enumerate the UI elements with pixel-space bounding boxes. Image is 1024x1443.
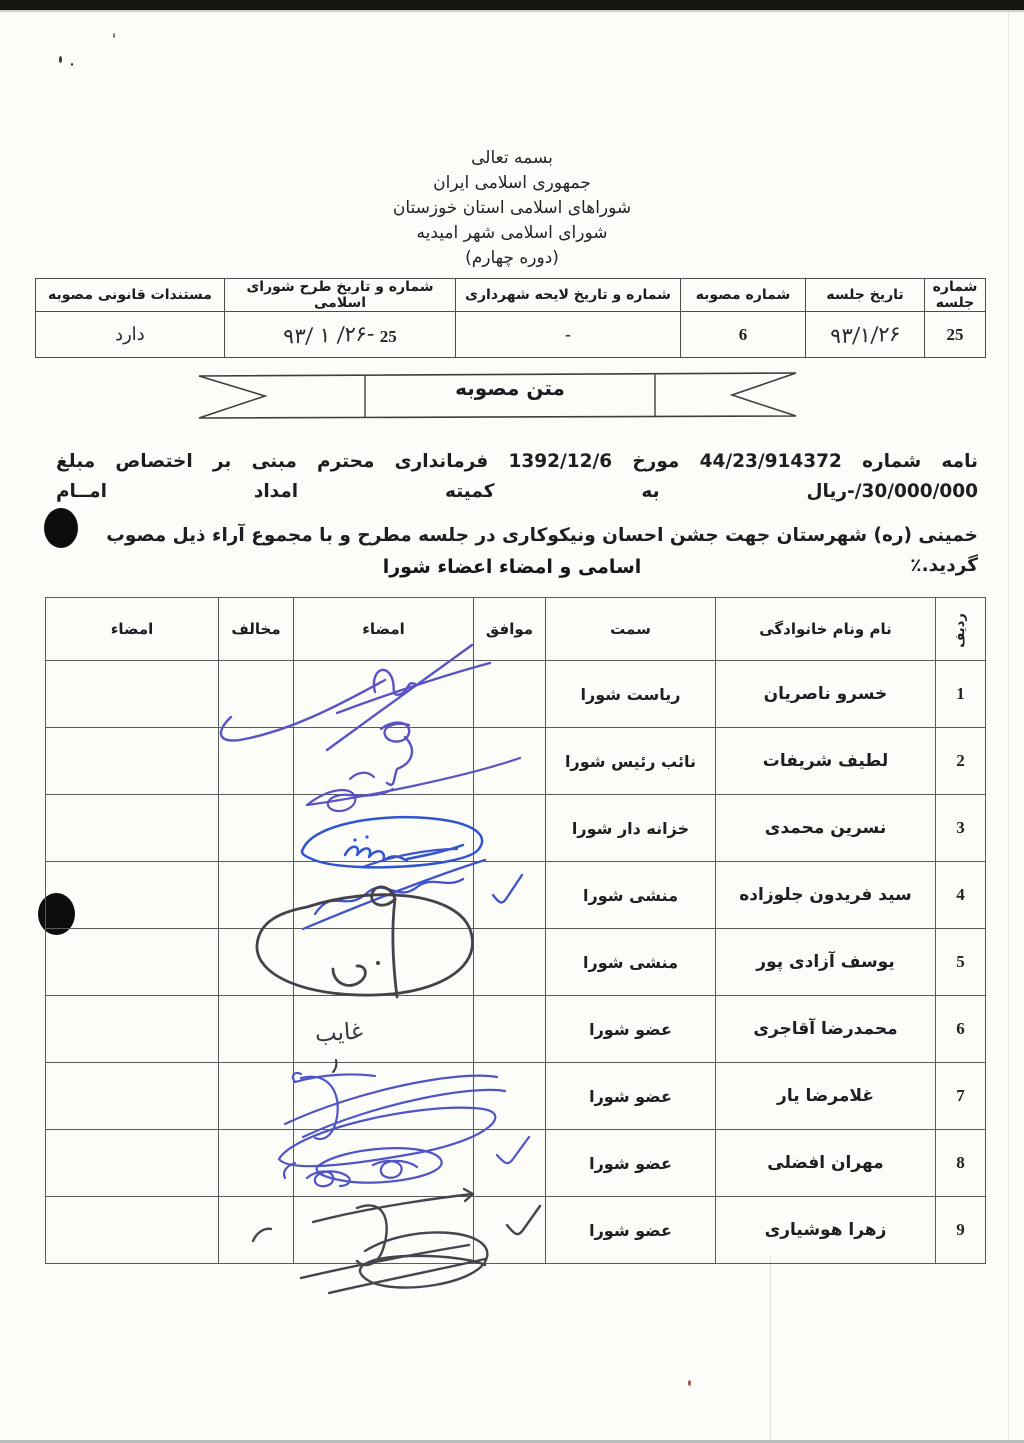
member-no: 5 [956, 952, 965, 971]
ink-speck [59, 56, 62, 63]
ink-speck [71, 63, 73, 66]
member-name: محمدرضا آقاجری [753, 1019, 897, 1039]
member-row: 8 مهران افضلی عضو شورا [46, 1130, 986, 1197]
member-no: 1 [956, 684, 965, 703]
members-signature-table: ردیف نام ونام خانوادگی سمت موافق امضاء م… [45, 597, 986, 1264]
letterhead-line: (دوره چهارم) [0, 246, 1024, 271]
member-name: سید فریدون جلوزاده [739, 885, 912, 905]
member-name: لطیف شریفات [763, 751, 888, 771]
resolution-meta-table: شماره جلسه تاریخ جلسه شماره مصوبه شماره … [35, 278, 986, 358]
member-position: ریاست شورا [581, 685, 681, 704]
members-header-signature: امضاء [294, 598, 474, 661]
member-position: خزانه دار شورا [572, 819, 689, 838]
members-header-position: سمت [546, 598, 716, 661]
resolution-text-part: مورخ [632, 451, 679, 472]
meta-value-council-plan-no: 25 [380, 327, 397, 346]
letter-number: 44/23/914372 [700, 451, 842, 472]
member-name: زهرا هوشیاری [765, 1220, 887, 1240]
resolution-text-part: نامه شماره [862, 451, 978, 472]
letterhead-line: بسمه تعالی [0, 146, 1024, 171]
letterhead-line: شورای اسلامی شهر امیدیه [0, 221, 1024, 246]
members-header-agree: موافق [474, 598, 546, 661]
meta-header-council-plan: شماره و تاریخ طرح شورای اسلامی [225, 279, 456, 312]
members-header-signature2: امضاء [46, 598, 219, 661]
meta-value-session-date-handwritten: ۹۳/۱/۲۶ [829, 321, 901, 348]
member-row: 2 لطیف شریفات نائب رئیس شورا [46, 728, 986, 795]
members-section-title: اسامی و امضاء اعضاء شورا [0, 556, 1024, 578]
scan-edge-top [0, 0, 1024, 10]
amount-rials: -/30/000/000 [847, 481, 978, 502]
member-position: عضو شورا [589, 1154, 672, 1173]
meta-header-session-date: تاریخ جلسه [806, 279, 925, 312]
member-no: 4 [956, 885, 965, 904]
meta-header-municipality-bill: شماره و تاریخ لایحه شهرداری [456, 279, 681, 312]
scan-crease [770, 1255, 771, 1440]
meta-value-legal-docs-handwritten: دارد [115, 324, 145, 346]
member-no: 6 [956, 1019, 965, 1038]
member-position: منشی شورا [583, 886, 678, 905]
member-row: 4 سید فریدون جلوزاده منشی شورا [46, 862, 986, 929]
member-name: مهران افضلی [767, 1153, 883, 1173]
member-name: یوسف آزادی پور [756, 952, 894, 972]
member-row: 9 زهرا هوشیاری عضو شورا [46, 1197, 986, 1264]
letter-date: 1392/12/6 [509, 451, 613, 472]
resolution-text-part: ریال به کمیته امداد امــام [56, 481, 847, 502]
member-row: 7 غلامرضا یار عضو شورا [46, 1063, 986, 1130]
letterhead-line: شوراهای اسلامی استان خوزستان [0, 196, 1024, 221]
member-name: نسرین محمدی [765, 818, 886, 838]
member-no: 9 [956, 1220, 965, 1239]
member-row: 6 محمدرضا آقاجری عضو شورا [46, 996, 986, 1063]
member-no: 2 [956, 751, 965, 770]
member-position: عضو شورا [589, 1020, 672, 1039]
member-row: 5 یوسف آزادی پور منشی شورا [46, 929, 986, 996]
member-row: 1 خسرو ناصریان ریاست شورا [46, 661, 986, 728]
meta-value-council-plan-date-handwritten: ۹۳/ ۱ /۲۶- [282, 321, 375, 348]
letterhead: بسمه تعالی جمهوری اسلامی ایران شوراهای ا… [0, 146, 1024, 271]
ink-speck [688, 1380, 691, 1386]
member-position: نائب رئیس شورا [565, 752, 696, 771]
member-no: 8 [956, 1153, 965, 1172]
members-header-row-no: ردیف [953, 613, 968, 648]
members-header-oppose: مخالف [219, 598, 294, 661]
scanned-council-resolution-page: بسمه تعالی جمهوری اسلامی ایران شوراهای ا… [0, 0, 1024, 1443]
ink-speck [113, 33, 115, 38]
member-name: خسرو ناصریان [764, 684, 888, 704]
member-row: 3 نسرین محمدی خزانه دار شورا [46, 795, 986, 862]
resolution-text-part: فرمانداری محترم مبنی بر اختصاص مبلغ [56, 451, 488, 472]
member-position: منشی شورا [583, 953, 678, 972]
letterhead-line: جمهوری اسلامی ایران [0, 171, 1024, 196]
meta-value-municipality-bill: - [565, 325, 571, 344]
meta-value-resolution-no: 6 [739, 325, 748, 344]
member-position: عضو شورا [589, 1087, 672, 1106]
member-no: 7 [956, 1086, 965, 1105]
meta-header-session-no: شماره جلسه [925, 279, 986, 312]
banner-title: متن مصوبه [365, 376, 655, 400]
members-header-name: نام ونام خانوادگی [716, 598, 936, 661]
meta-header-resolution-no: شماره مصوبه [681, 279, 806, 312]
meta-value-session-no: 25 [947, 325, 964, 344]
member-name: غلامرضا یار [777, 1086, 874, 1106]
member-no: 3 [956, 818, 965, 837]
member-position: عضو شورا [589, 1221, 672, 1240]
meta-header-legal-docs: مستندات قانونی مصوبه [36, 279, 225, 312]
